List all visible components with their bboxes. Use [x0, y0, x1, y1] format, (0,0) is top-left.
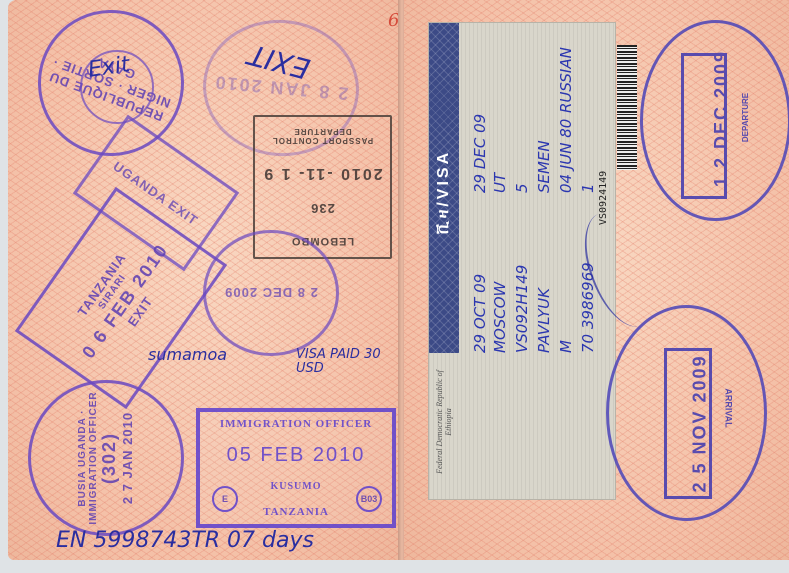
visa-nationality: RUSSIAN: [557, 47, 575, 113]
left-page: REPUBLIQUE DU NIGER · SORTIE · GAYA Exit…: [8, 0, 400, 560]
visa-place-of-issue: MOSCOW: [491, 282, 509, 353]
visa-band: ቪዛ/VISA: [429, 23, 459, 353]
visa-type: UT: [491, 173, 509, 193]
visa-applicants: 1: [579, 183, 597, 193]
busia-uganda-stamp: BUSIA UGANDA · IMMIGRATION OFFICER (302)…: [28, 380, 184, 536]
visa-label: ቪዛ/VISA: [435, 117, 453, 267]
visa-given-name: SEMEN: [535, 140, 553, 193]
uganda-round-stamp: 2 8 DEC 2009: [203, 230, 339, 356]
visa-entries: 5: [513, 183, 531, 193]
visa-barcode: [617, 45, 637, 170]
passport-spread: REPUBLIQUE DU NIGER · SORTIE · GAYA Exit…: [0, 0, 789, 573]
immigration-officer-stamp: IMMIGRATION OFFICER 05 FEB 2010 KUSUMO T…: [196, 408, 396, 528]
departure-stamp: 1 2 DEC 2009 DEPARTURE: [640, 20, 789, 221]
visa-sex: M: [557, 340, 575, 353]
visa-number: VS092H149: [513, 265, 531, 353]
visa-date-of-birth: 04 JUN 80: [557, 119, 575, 193]
handwritten-signature: sumamoa: [148, 345, 227, 364]
visa-issuer: Federal Democratic Republic of Ethiopia: [429, 363, 459, 483]
visa-date-of-expiry: 29 DEC 09: [471, 114, 489, 193]
handwritten-bottom-note: EN 5998743TR 07 days: [56, 528, 314, 553]
visa-surname: PAVLYUK: [535, 288, 553, 353]
visa-date-of-issue: 29 OCT 09: [471, 274, 489, 353]
visa-fields: 29 OCT 09 29 DEC 09 MOSCOW UT VS092H149 …: [469, 53, 609, 353]
arrival-stamp: 2 5 NOV 2009 ARRIVAL: [606, 305, 767, 521]
handwritten-visa-paid: VISA PAID 30 USD: [296, 348, 386, 376]
